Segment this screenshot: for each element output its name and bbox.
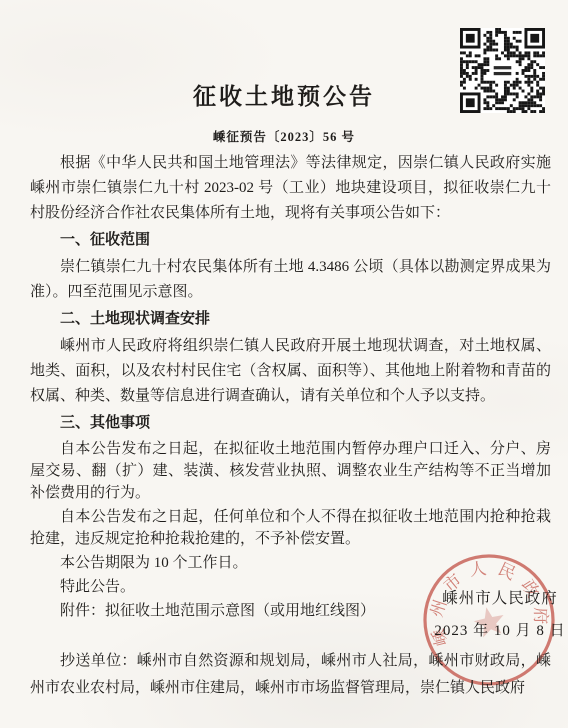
- document-body: 根据《中华人民共和国土地管理法》等法律规定，因崇仁镇人民政府实施嵊州市崇仁镇崇仁…: [30, 151, 551, 624]
- signature-block: 嵊州市人民政府 2023 年 10 月 8 日: [420, 586, 568, 640]
- doc-number: 嵊征预告〔2023〕56 号: [0, 127, 568, 145]
- section-3-heading: 三、其他事项: [30, 411, 551, 436]
- announcement-page: 征收土地预公告 嵊征预告〔2023〕56 号 根据《中华人民共和国土地管理法》等…: [0, 0, 568, 728]
- signature-issuer: 嵊州市人民政府: [420, 586, 568, 608]
- section-1-heading: 一、征收范围: [30, 228, 551, 253]
- body-paragraph: 本公告期限为 10 个工作日。: [30, 552, 551, 574]
- body-paragraph: 自本公告发布之日起，在拟征收土地范围内暂停办理户口迁入、分户、房屋交易、翻（扩）…: [30, 438, 551, 504]
- page-title: 征收土地预公告: [0, 78, 568, 111]
- section-2-paragraph: 嵊州市人民政府将组织崇仁镇人民政府开展土地现状调查，对土地权属、地类、面积，以及…: [30, 334, 551, 409]
- section-1-paragraph: 崇仁镇崇仁九十村农民集体所有土地 4.3486 公顷（具体以勘测定界成果为准）。…: [30, 255, 551, 305]
- intro-paragraph: 根据《中华人民共和国土地管理法》等法律规定，因崇仁镇人民政府实施嵊州市崇仁镇崇仁…: [30, 151, 551, 226]
- body-paragraph: 自本公告发布之日起，任何单位和个人不得在拟征收土地范围内抢种抢栽抢建，违反规定抢…: [30, 506, 551, 550]
- cc-footer: 抄送单位：嵊州市自然资源和规划局，嵊州市人社局，嵊州市财政局，嵊州市农业农村局，…: [30, 648, 551, 702]
- signature-date: 2023 年 10 月 8 日: [420, 619, 568, 640]
- section-2-heading: 二、土地现状调查安排: [30, 307, 551, 332]
